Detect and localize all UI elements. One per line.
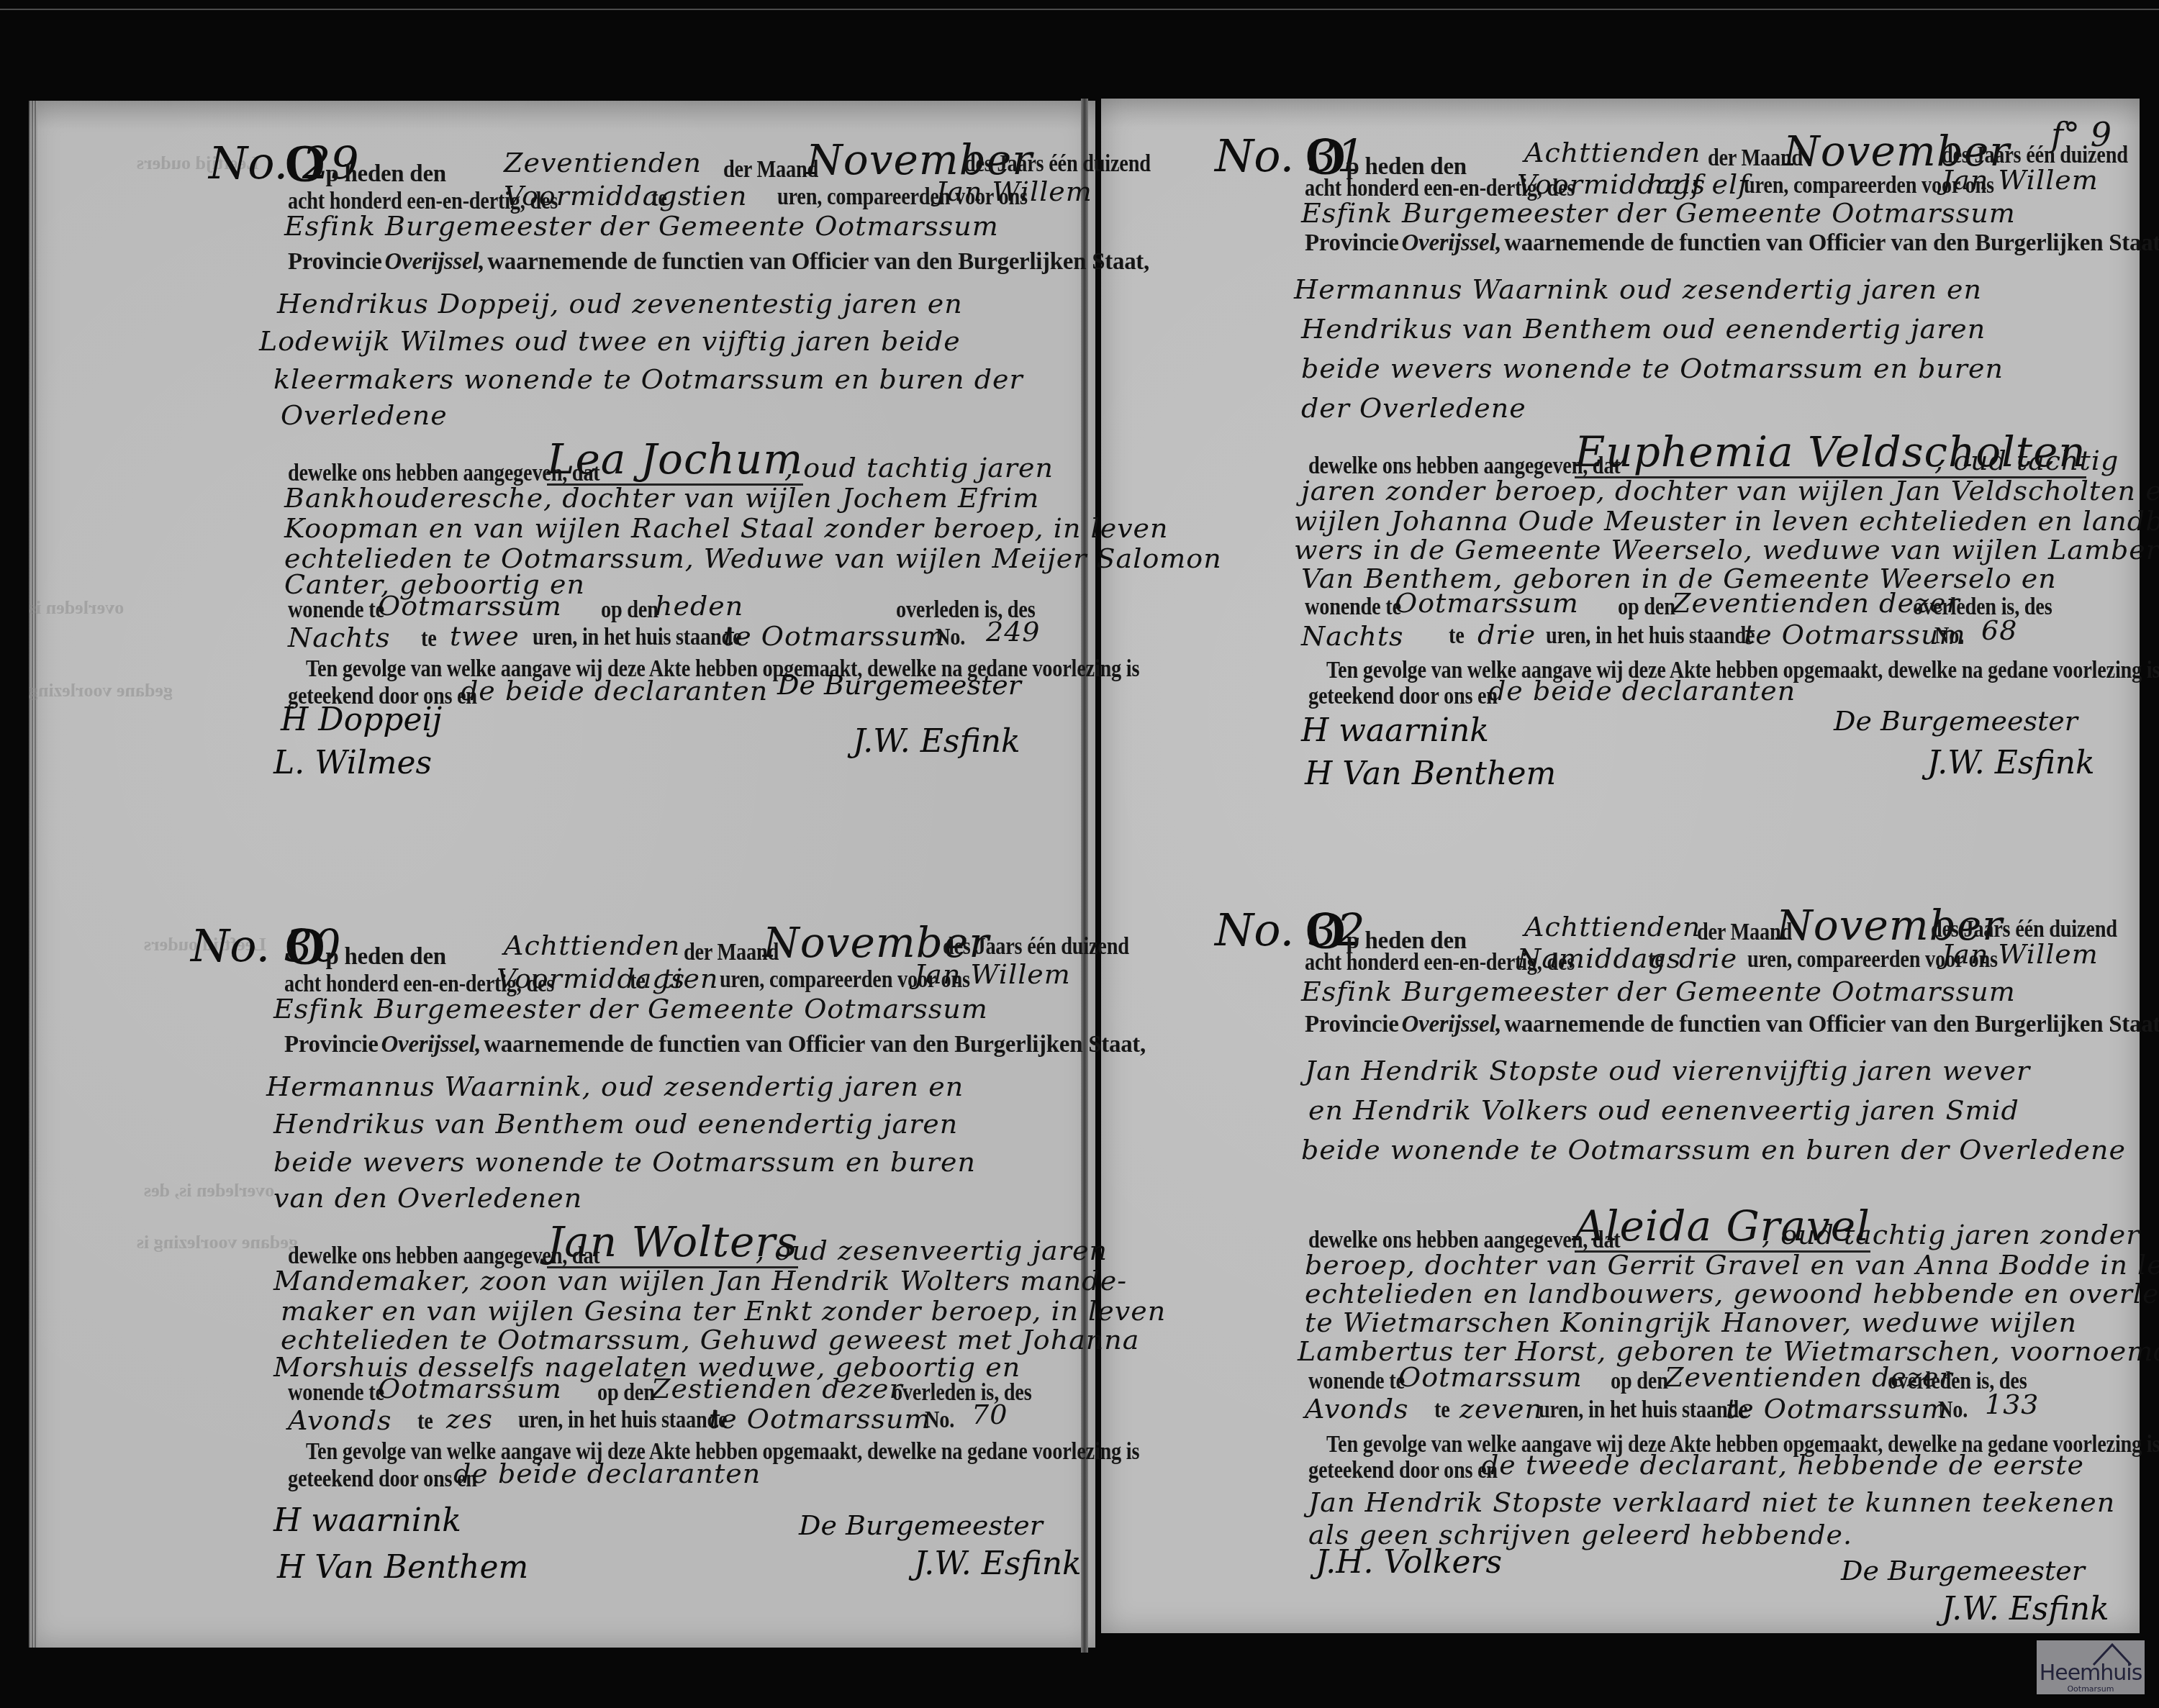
record-day: Zeventienden [504,147,702,178]
signature: J.H. Volkers [1316,1544,1502,1581]
bleed-through-text: overleden is [29,597,124,619]
signature: H Van Benthem [277,1549,528,1586]
book-binding-edge [29,101,37,1648]
drop-cap: O [284,135,326,194]
house-number: 70 [972,1399,1008,1430]
logo-place: Ootmarsum [2067,1684,2114,1694]
bleed-through-text: overleden is, des [144,1180,274,1201]
signature: L. Wilmes [273,745,432,781]
record-hour: tien [691,180,747,212]
mayor-signature: J.W. Esfink [1927,745,2095,781]
page-fold [1081,99,1088,1653]
house-number: 249 [986,616,1041,648]
house-number: 68 [1981,614,2017,646]
mayor-signature: J.W. Esfink [853,723,1020,760]
deceased-name: Lea Jochum [547,435,803,486]
mayor-signature: J.W. Esfink [1942,1591,2109,1627]
signature: H Doppeij [281,701,442,738]
heemhuis-logo: Heemhuis Ootmarsum [2037,1640,2145,1694]
mayor-signature: J.W. Esfink [914,1545,1082,1582]
house-number: 133 [1985,1389,2040,1420]
signature: H Van Benthem [1305,755,1556,792]
bleed-through-text: gedane voorlezing [29,680,173,701]
signature: H waarnink [1301,712,1489,749]
scan-edge-line [0,9,2159,10]
bleed-through-text: gedane voorlezing is [137,1232,298,1253]
signature: H waarnink [273,1502,461,1539]
